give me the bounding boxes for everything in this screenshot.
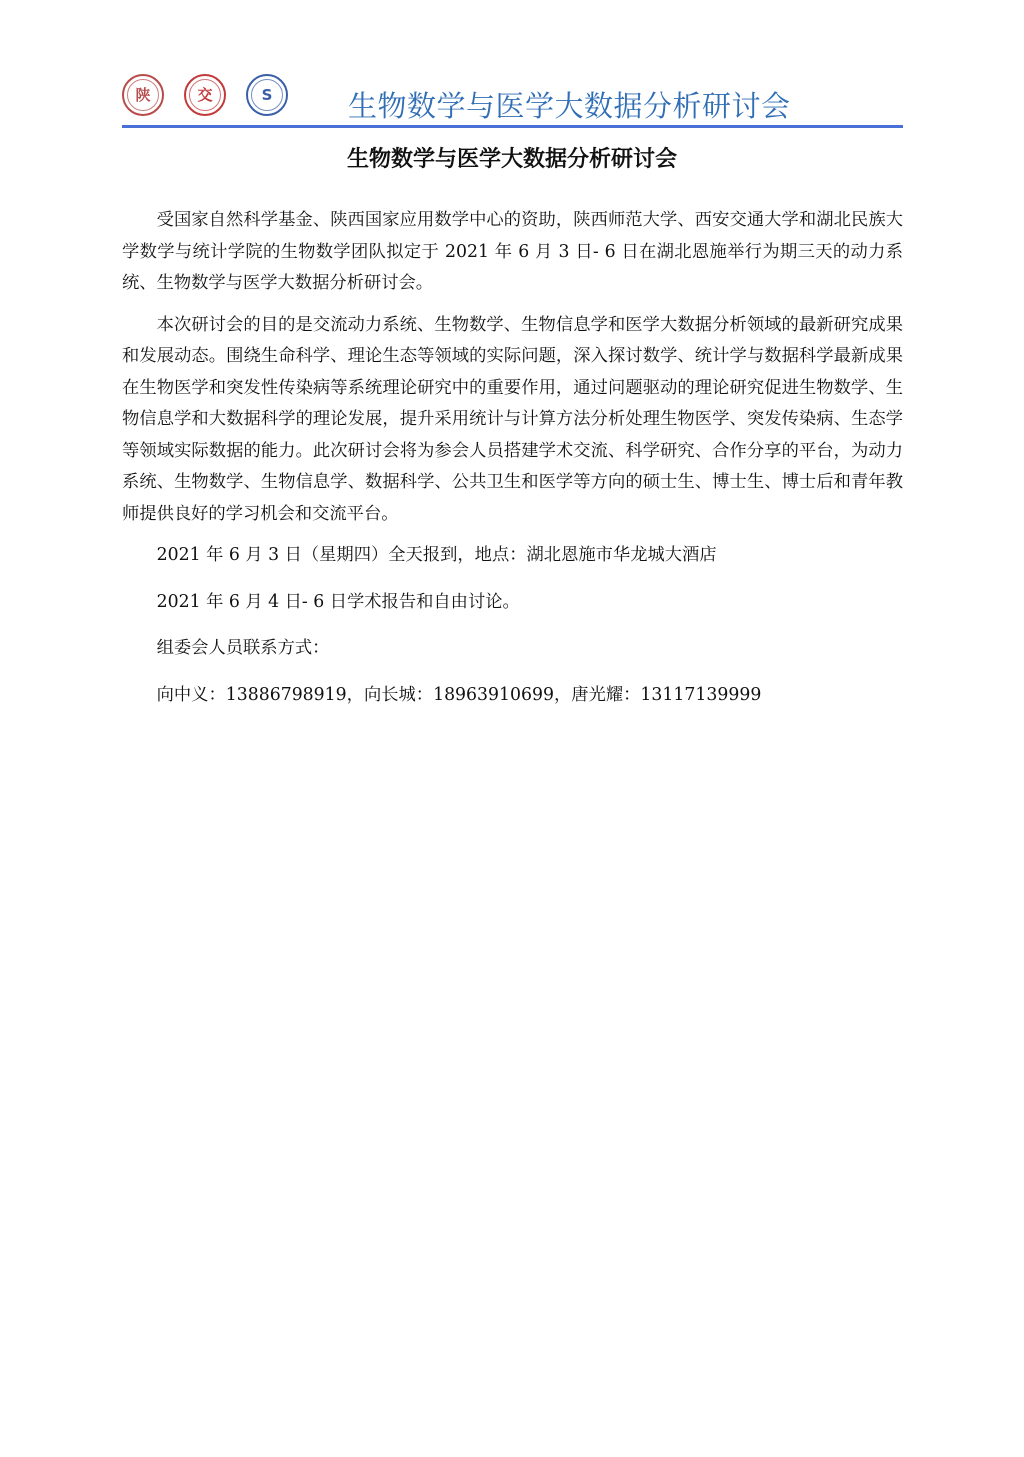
contacts-heading: 组委会人员联系方式： (122, 633, 903, 665)
xian-jiaotong-university-seal-icon: 交 (184, 74, 226, 116)
intro-paragraph: 受国家自然科学基金、陕西国家应用数学中心的资助，陕西师范大学、西安交通大学和湖北… (122, 205, 903, 300)
logo-glyph: 交 (197, 88, 212, 103)
header-divider (122, 125, 903, 128)
logo-glyph: S (262, 88, 273, 103)
schedule-sessions: 2021 年 6 月 4 日- 6 日学术报告和自由讨论。 (122, 587, 903, 619)
hubei-minzu-university-seal-icon: S (246, 74, 288, 116)
purpose-paragraph: 本次研讨会的目的是交流动力系统、生物数学、生物信息学和医学大数据分析领域的最新研… (122, 310, 903, 531)
document-body: 受国家自然科学基金、陕西国家应用数学中心的资助，陕西师范大学、西安交通大学和湖北… (122, 205, 903, 711)
page-header: 陕 交 S 生物数学与医学大数据分析研讨会 (122, 70, 903, 130)
logo-group: 陕 交 S (122, 74, 288, 116)
schedule-registration: 2021 年 6 月 3 日（星期四）全天报到，地点：湖北恩施市华龙城大酒店 (122, 540, 903, 572)
contacts-list: 向中义：13886798919，向长城：18963910699，唐光耀：1311… (122, 680, 903, 712)
header-title: 生物数学与医学大数据分析研讨会 (348, 84, 791, 125)
shaanxi-normal-university-seal-icon: 陕 (122, 74, 164, 116)
logo-glyph: 陕 (135, 88, 150, 103)
document-title: 生物数学与医学大数据分析研讨会 (0, 142, 1024, 173)
